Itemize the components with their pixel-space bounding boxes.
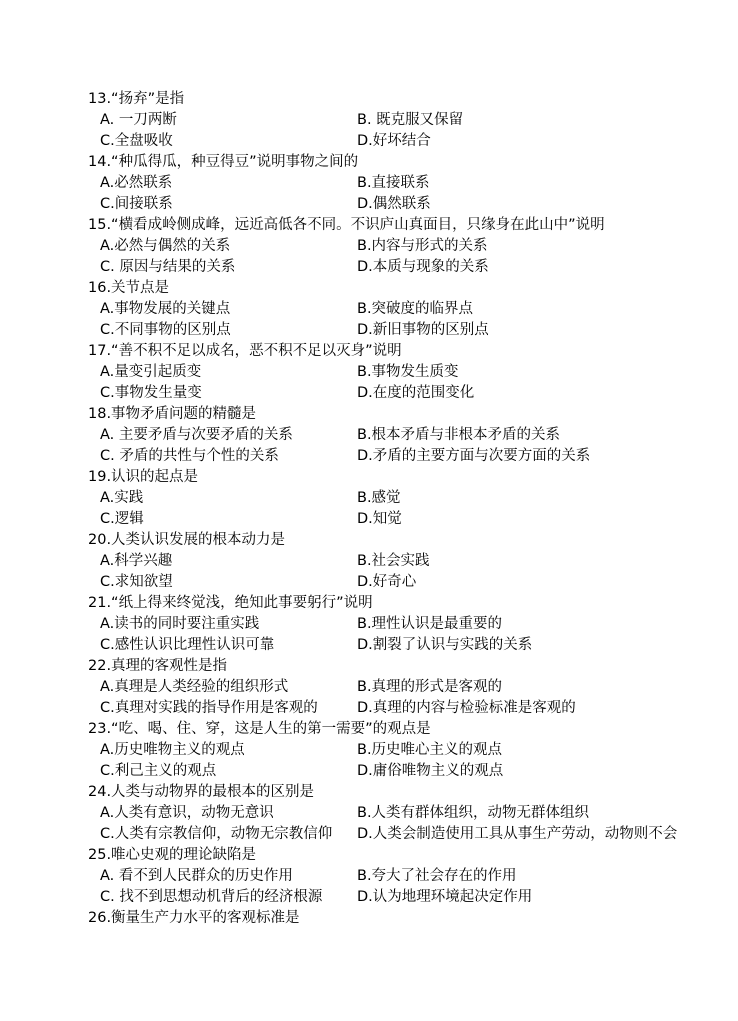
option-19-a: A.实践 <box>100 488 357 509</box>
option-row: A.量变引起质变 B.事物发生质变 <box>88 362 720 383</box>
option-row: A. 看不到人民群众的历史作用 B.夸大了社会存在的作用 <box>88 866 720 887</box>
option-row: A. 主要矛盾与次要矛盾的关系 B.根本矛盾与非根本矛盾的关系 <box>88 425 720 446</box>
option-16-b: B.突破度的临界点 <box>357 299 720 320</box>
option-row: C. 矛盾的共性与个性的关系 D.矛盾的主要方面与次要方面的关系 <box>88 446 720 467</box>
option-19-b: B.感觉 <box>357 488 720 509</box>
option-row: A. 一刀两断 B. 既克服又保留 <box>88 110 720 131</box>
question-stem: 18.事物矛盾问题的精髓是 <box>88 404 720 425</box>
option-21-c: C.感性认识比理性认识可靠 <box>100 635 357 656</box>
option-22-a: A.真理是人类经验的组织形式 <box>100 677 357 698</box>
question-stem: 22.真理的客观性是指 <box>88 656 720 677</box>
option-14-d: D.偶然联系 <box>357 194 720 215</box>
option-21-d: D.割裂了认识与实践的关系 <box>357 635 720 656</box>
option-16-d: D.新旧事物的区别点 <box>357 320 720 341</box>
option-row: A.人类有意识，动物无意识 B.人类有群体组织，动物无群体组织 <box>88 803 720 824</box>
option-18-c: C. 矛盾的共性与个性的关系 <box>100 446 357 467</box>
question-21: 21.“纸上得来终觉浅，绝知此事要躬行”说明 A.读书的同时要注重实践 B.理性… <box>88 593 720 656</box>
option-row: A.必然联系 B.直接联系 <box>88 173 720 194</box>
option-row: C. 原因与结果的关系 D.本质与现象的关系 <box>88 257 720 278</box>
question-stem: 21.“纸上得来终觉浅，绝知此事要躬行”说明 <box>88 593 720 614</box>
option-16-a: A.事物发展的关键点 <box>100 299 357 320</box>
option-15-c: C. 原因与结果的关系 <box>100 257 357 278</box>
question-stem: 14.“种瓜得瓜，种豆得豆”说明事物之间的 <box>88 152 720 173</box>
option-23-b: B.历史唯心主义的观点 <box>357 740 720 761</box>
question-stem: 24.人类与动物界的最根本的区别是 <box>88 782 720 803</box>
option-24-b: B.人类有群体组织，动物无群体组织 <box>357 803 720 824</box>
option-13-b: B. 既克服又保留 <box>357 110 720 131</box>
option-25-c: C. 找不到思想动机背后的经济根源 <box>100 887 357 908</box>
option-20-c: C.求知欲望 <box>100 572 357 593</box>
option-14-c: C.间接联系 <box>100 194 357 215</box>
option-row: A.历史唯物主义的观点 B.历史唯心主义的观点 <box>88 740 720 761</box>
option-17-b: B.事物发生质变 <box>357 362 720 383</box>
question-stem: 25.唯心史观的理论缺陷是 <box>88 845 720 866</box>
option-13-a: A. 一刀两断 <box>100 110 357 131</box>
option-20-d: D.好奇心 <box>357 572 720 593</box>
option-18-b: B.根本矛盾与非根本矛盾的关系 <box>357 425 720 446</box>
question-17: 17.“善不积不足以成名，恶不积不足以灭身”说明 A.量变引起质变 B.事物发生… <box>88 341 720 404</box>
option-19-d: D.知觉 <box>357 509 720 530</box>
option-row: C. 找不到思想动机背后的经济根源 D.认为地理环境起决定作用 <box>88 887 720 908</box>
question-13: 13.“扬弃”是指 A. 一刀两断 B. 既克服又保留 C.全盘吸收 D.好坏结… <box>88 89 720 152</box>
question-stem: 15.“横看成岭侧成峰，远近高低各不同。不识庐山真面目，只缘身在此山中”说明 <box>88 215 720 236</box>
question-stem: 23.“吃、喝、住、穿，这是人生的第一需要”的观点是 <box>88 719 720 740</box>
question-stem: 16.关节点是 <box>88 278 720 299</box>
exam-page: 13.“扬弃”是指 A. 一刀两断 B. 既克服又保留 C.全盘吸收 D.好坏结… <box>0 0 738 1021</box>
option-23-c: C.利己主义的观点 <box>100 761 357 782</box>
option-17-d: D.在度的范围变化 <box>357 383 720 404</box>
option-20-a: A.科学兴趣 <box>100 551 357 572</box>
question-stem: 26.衡量生产力水平的客观标准是 <box>88 908 720 929</box>
question-stem: 13.“扬弃”是指 <box>88 89 720 110</box>
option-row: C.事物发生量变 D.在度的范围变化 <box>88 383 720 404</box>
option-18-d: D.矛盾的主要方面与次要方面的关系 <box>357 446 720 467</box>
option-20-b: B.社会实践 <box>357 551 720 572</box>
option-25-a: A. 看不到人民群众的历史作用 <box>100 866 357 887</box>
option-row: C.求知欲望 D.好奇心 <box>88 572 720 593</box>
option-row: A.真理是人类经验的组织形式 B.真理的形式是客观的 <box>88 677 720 698</box>
question-stem: 20.人类认识发展的根本动力是 <box>88 530 720 551</box>
question-15: 15.“横看成岭侧成峰，远近高低各不同。不识庐山真面目，只缘身在此山中”说明 A… <box>88 215 720 278</box>
option-23-a: A.历史唯物主义的观点 <box>100 740 357 761</box>
option-23-d: D.庸俗唯物主义的观点 <box>357 761 720 782</box>
question-14: 14.“种瓜得瓜，种豆得豆”说明事物之间的 A.必然联系 B.直接联系 C.间接… <box>88 152 720 215</box>
option-row: A.读书的同时要注重实践 B.理性认识是最重要的 <box>88 614 720 635</box>
option-row: C.全盘吸收 D.好坏结合 <box>88 131 720 152</box>
question-23: 23.“吃、喝、住、穿，这是人生的第一需要”的观点是 A.历史唯物主义的观点 B… <box>88 719 720 782</box>
option-16-c: C.不同事物的区别点 <box>100 320 357 341</box>
question-25: 25.唯心史观的理论缺陷是 A. 看不到人民群众的历史作用 B.夸大了社会存在的… <box>88 845 720 908</box>
option-18-a: A. 主要矛盾与次要矛盾的关系 <box>100 425 357 446</box>
option-21-a: A.读书的同时要注重实践 <box>100 614 357 635</box>
option-14-b: B.直接联系 <box>357 173 720 194</box>
option-22-b: B.真理的形式是客观的 <box>357 677 720 698</box>
option-19-c: C.逻辑 <box>100 509 357 530</box>
option-row: C.真理对实践的指导作用是客观的 D.真理的内容与检验标准是客观的 <box>88 698 720 719</box>
option-row: A.科学兴趣 B.社会实践 <box>88 551 720 572</box>
question-26: 26.衡量生产力水平的客观标准是 <box>88 908 720 929</box>
option-row: A.实践 B.感觉 <box>88 488 720 509</box>
option-24-c: C.人类有宗教信仰，动物无宗教信仰 <box>100 824 357 845</box>
option-22-d: D.真理的内容与检验标准是客观的 <box>357 698 720 719</box>
option-14-a: A.必然联系 <box>100 173 357 194</box>
option-row: A.事物发展的关键点 B.突破度的临界点 <box>88 299 720 320</box>
question-18: 18.事物矛盾问题的精髓是 A. 主要矛盾与次要矛盾的关系 B.根本矛盾与非根本… <box>88 404 720 467</box>
option-15-d: D.本质与现象的关系 <box>357 257 720 278</box>
option-13-d: D.好坏结合 <box>357 131 720 152</box>
option-24-d: D.人类会制造使用工具从事生产劳动，动物则不会 <box>357 824 720 845</box>
option-row: A.必然与偶然的关系 B.内容与形式的关系 <box>88 236 720 257</box>
question-20: 20.人类认识发展的根本动力是 A.科学兴趣 B.社会实践 C.求知欲望 D.好… <box>88 530 720 593</box>
question-19: 19.认识的起点是 A.实践 B.感觉 C.逻辑 D.知觉 <box>88 467 720 530</box>
question-24: 24.人类与动物界的最根本的区别是 A.人类有意识，动物无意识 B.人类有群体组… <box>88 782 720 845</box>
option-row: C.间接联系 D.偶然联系 <box>88 194 720 215</box>
option-25-d: D.认为地理环境起决定作用 <box>357 887 720 908</box>
option-17-c: C.事物发生量变 <box>100 383 357 404</box>
option-21-b: B.理性认识是最重要的 <box>357 614 720 635</box>
option-row: C.感性认识比理性认识可靠 D.割裂了认识与实践的关系 <box>88 635 720 656</box>
option-13-c: C.全盘吸收 <box>100 131 357 152</box>
question-stem: 19.认识的起点是 <box>88 467 720 488</box>
option-25-b: B.夸大了社会存在的作用 <box>357 866 720 887</box>
option-15-a: A.必然与偶然的关系 <box>100 236 357 257</box>
question-stem: 17.“善不积不足以成名，恶不积不足以灭身”说明 <box>88 341 720 362</box>
option-row: C.利己主义的观点 D.庸俗唯物主义的观点 <box>88 761 720 782</box>
question-22: 22.真理的客观性是指 A.真理是人类经验的组织形式 B.真理的形式是客观的 C… <box>88 656 720 719</box>
option-row: C.不同事物的区别点 D.新旧事物的区别点 <box>88 320 720 341</box>
option-row: C.逻辑 D.知觉 <box>88 509 720 530</box>
question-16: 16.关节点是 A.事物发展的关键点 B.突破度的临界点 C.不同事物的区别点 … <box>88 278 720 341</box>
option-24-a: A.人类有意识，动物无意识 <box>100 803 357 824</box>
option-15-b: B.内容与形式的关系 <box>357 236 720 257</box>
option-22-c: C.真理对实践的指导作用是客观的 <box>100 698 357 719</box>
option-row: C.人类有宗教信仰，动物无宗教信仰 D.人类会制造使用工具从事生产劳动，动物则不… <box>88 824 720 845</box>
option-17-a: A.量变引起质变 <box>100 362 357 383</box>
